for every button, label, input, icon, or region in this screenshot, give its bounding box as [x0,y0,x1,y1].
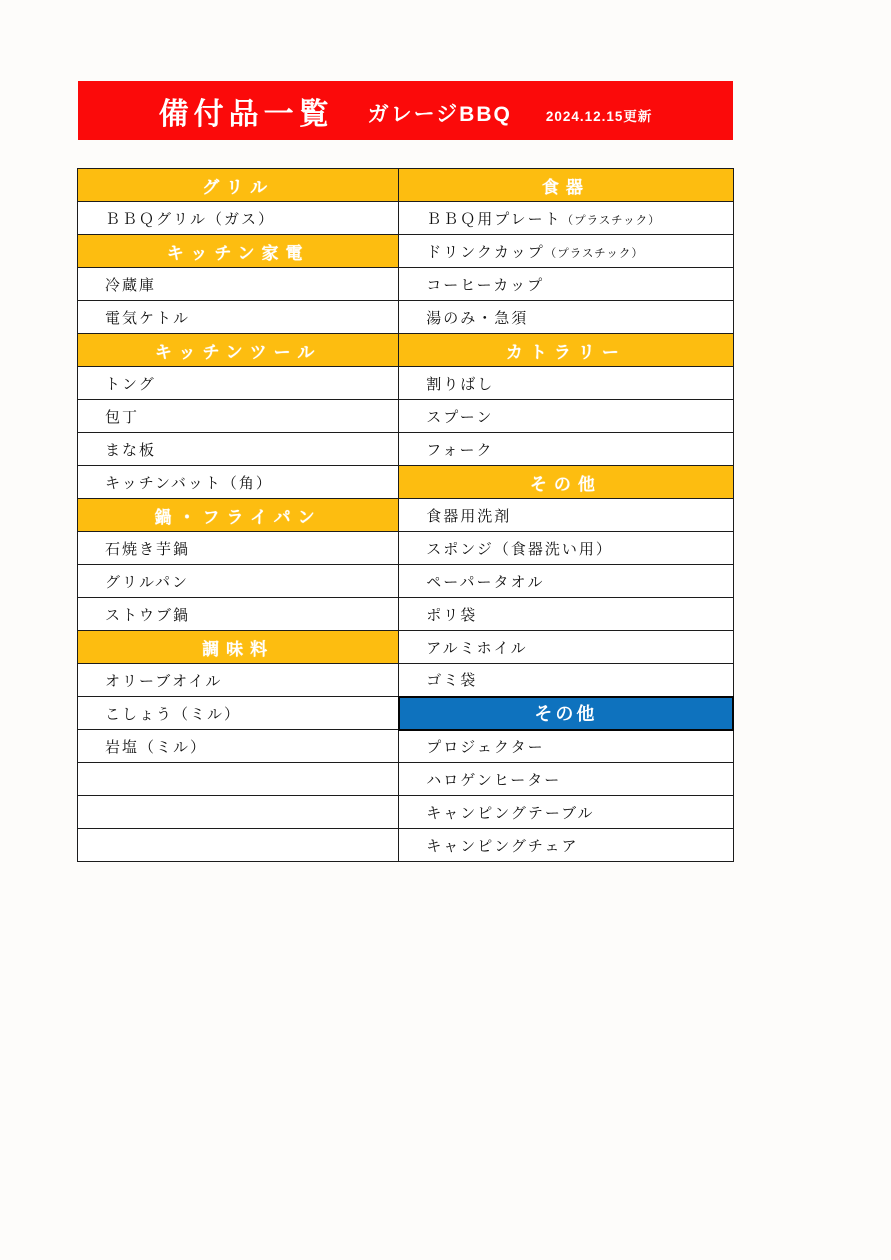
cell-text: ドリンクカップ [426,244,545,261]
cell-text: グリルパン [105,574,189,591]
item-cell: コーヒーカップ [399,268,733,301]
section-header: グリル [78,169,399,202]
cell-text: カトラリー [506,343,626,362]
empty-cell [78,763,399,796]
table-row: 包丁スプーン [78,400,734,433]
cell-text: 鍋・フライパン [155,508,322,527]
table-row: グリルパンペーパータオル [78,565,734,598]
cell-text: オリーブオイル [105,673,222,690]
cell-text: 食器 [542,178,590,197]
item-cell: ＢＢＱグリル（ガス） [78,202,399,235]
table-row: キャンピングチェア [78,829,734,862]
section-header-special: その他 [399,697,733,730]
table-row: 調味料アルミホイル [78,631,734,664]
section-header: 調味料 [78,631,399,664]
item-cell: スポンジ（食器洗い用） [399,532,733,565]
item-cell: 割りばし [399,367,733,400]
cell-note: （プラスチック） [545,248,644,260]
table-row: ＢＢＱグリル（ガス）ＢＢＱ用プレート（プラスチック） [78,202,734,235]
cell-text: ＢＢＱグリル（ガス） [105,211,275,228]
table-row: 鍋・フライパン食器用洗剤 [78,499,734,532]
cell-text: 岩塩（ミル） [105,739,207,756]
item-cell: トング [78,367,399,400]
cell-text: キッチンツール [155,343,321,362]
item-cell: ゴミ袋 [399,664,733,697]
cell-text: スプーン [426,409,493,426]
title-banner: 備付品一覧 ガレージBBQ 2024.12.15更新 [78,81,733,140]
cell-text: ハロゲンヒーター [426,772,561,789]
table-row: まな板フォーク [78,433,734,466]
item-cell: フォーク [399,433,733,466]
item-cell: ストウブ鍋 [78,598,399,631]
section-header: キッチンツール [78,334,399,367]
cell-text: 冷蔵庫 [105,277,156,294]
cell-text: 石焼き芋鍋 [105,541,190,558]
table-row: オリーブオイルゴミ袋 [78,664,734,697]
cell-text: 割りばし [426,376,494,393]
cell-text: プロジェクター [426,739,544,756]
cell-text: 調味料 [202,640,274,659]
equipment-table-body: グリル食器ＢＢＱグリル（ガス）ＢＢＱ用プレート（プラスチック）キッチン家電ドリン… [78,169,734,862]
cell-text: グリル [202,178,274,197]
cell-text: キッチンバット（角） [105,475,273,492]
cell-text: その他 [530,475,602,494]
cell-text: その他 [534,704,597,724]
item-cell: キャンピングチェア [399,829,733,862]
section-header: 鍋・フライパン [78,499,399,532]
document-page: 備付品一覧 ガレージBBQ 2024.12.15更新 グリル食器ＢＢＱグリル（ガ… [0,0,891,1260]
table-row: キッチン家電ドリンクカップ（プラスチック） [78,235,734,268]
table-row: ハロゲンヒーター [78,763,734,796]
table-row: グリル食器 [78,169,734,202]
table-row: キャンピングテーブル [78,796,734,829]
empty-cell [78,829,399,862]
venue-name: ガレージBBQ [368,98,512,128]
cell-text: フォーク [426,442,493,459]
item-cell: ハロゲンヒーター [399,763,733,796]
cell-text: 包丁 [105,409,139,426]
cell-text: コーヒーカップ [426,277,544,294]
cell-text: 食器用洗剤 [426,508,511,525]
item-cell: プロジェクター [399,730,733,763]
item-cell: まな板 [78,433,399,466]
cell-text: アルミホイル [426,640,527,657]
table-row: 冷蔵庫コーヒーカップ [78,268,734,301]
cell-text: こしょう（ミル） [105,706,241,723]
cell-text: 湯のみ・急須 [426,310,528,327]
item-cell: ＢＢＱ用プレート（プラスチック） [399,202,733,235]
item-cell: 包丁 [78,400,399,433]
cell-text: まな板 [105,442,156,459]
item-cell: グリルパン [78,565,399,598]
item-cell: キャンピングテーブル [399,796,733,829]
table-row: 岩塩（ミル）プロジェクター [78,730,734,763]
cell-text: ストウブ鍋 [105,607,190,624]
item-cell: 電気ケトル [78,301,399,334]
item-cell: ペーパータオル [399,565,733,598]
item-cell: 石焼き芋鍋 [78,532,399,565]
item-cell: キッチンバット（角） [78,466,399,499]
table-row: キッチンバット（角）その他 [78,466,734,499]
section-header: その他 [399,466,733,499]
table-row: こしょう（ミル）その他 [78,697,734,730]
cell-text: キャンピングチェア [426,838,578,855]
item-cell: 岩塩（ミル） [78,730,399,763]
cell-text: 電気ケトル [105,310,190,327]
equipment-table: グリル食器ＢＢＱグリル（ガス）ＢＢＱ用プレート（プラスチック）キッチン家電ドリン… [77,168,734,862]
item-cell: アルミホイル [399,631,733,664]
table-row: ストウブ鍋ポリ袋 [78,598,734,631]
table-row: キッチンツールカトラリー [78,334,734,367]
item-cell: 湯のみ・急須 [399,301,733,334]
cell-text: キャンピングテーブル [426,805,594,822]
page-title: 備付品一覧 [159,89,334,133]
empty-cell [78,796,399,829]
table-row: 石焼き芋鍋スポンジ（食器洗い用） [78,532,734,565]
section-header: カトラリー [399,334,733,367]
item-cell: 冷蔵庫 [78,268,399,301]
table-row: トング割りばし [78,367,734,400]
cell-text: トング [105,376,156,393]
item-cell: オリーブオイル [78,664,399,697]
item-cell: 食器用洗剤 [399,499,733,532]
item-cell: こしょう（ミル） [78,697,399,730]
cell-text: スポンジ（食器洗い用） [426,541,613,558]
section-header: キッチン家電 [78,235,399,268]
section-header: 食器 [399,169,733,202]
item-cell: ドリンクカップ（プラスチック） [399,235,733,268]
cell-text: ペーパータオル [426,574,544,591]
cell-text: キッチン家電 [167,244,310,263]
updated-date: 2024.12.15更新 [546,105,653,125]
cell-note: （プラスチック） [562,215,661,227]
cell-text: ゴミ袋 [426,672,477,689]
item-cell: ポリ袋 [399,598,733,631]
table-row: 電気ケトル湯のみ・急須 [78,301,734,334]
cell-text: ポリ袋 [426,607,477,624]
cell-text: ＢＢＱ用プレート [426,211,561,228]
item-cell: スプーン [399,400,733,433]
